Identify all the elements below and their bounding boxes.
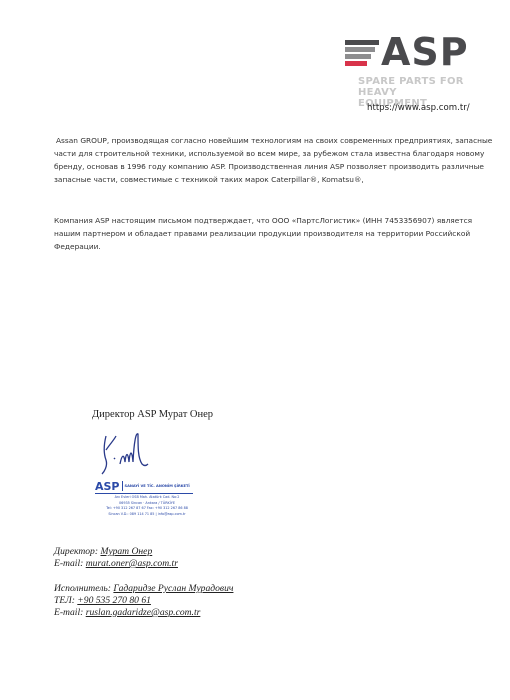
handwritten-signature xyxy=(100,428,190,478)
executor-email-label: E-mail: xyxy=(54,607,83,618)
stamp-logo: ASP xyxy=(95,480,120,493)
signatory-title: Директор ASP Мурат Онер xyxy=(92,409,213,420)
company-logo: ASP xyxy=(345,36,470,72)
website-url[interactable]: https://www.asp.com.tr/ xyxy=(367,103,470,113)
stamp-tax: Sincan V.D.: 089 114 71 85 | info@asp.co… xyxy=(101,512,193,518)
director-contacts: Директор: Мурат Онер E-mail: murat.oner@… xyxy=(54,546,178,570)
executor-label: Исполнитель: xyxy=(54,583,111,594)
executor-email-link[interactable]: ruslan.gadaridze@asp.com.tr xyxy=(86,607,201,618)
executor-contacts: Исполнитель: Гадаридзе Руслан Мурадович … xyxy=(54,583,233,619)
company-stamp: ASP SANAYİ VE TİC. ANONİM ŞİRKETİ Anı Ev… xyxy=(95,480,195,520)
tagline-line-1: SPARE PARTS FOR xyxy=(358,76,468,87)
executor-phone[interactable]: +90 535 270 80 61 xyxy=(77,595,151,606)
logo-stripes-icon xyxy=(345,40,379,70)
logo-text: ASP xyxy=(381,30,469,74)
phone-label: ТЕЛ: xyxy=(54,595,75,606)
paragraph-company-intro: Assan GROUP, производящая согласно новей… xyxy=(54,134,494,186)
stamp-address-1: Anı Evleri OSB Mah. Atatürk Cad. No:2 xyxy=(101,495,193,501)
director-name: Мурат Онер xyxy=(100,546,152,557)
stamp-divider xyxy=(122,481,123,491)
director-email-label: E-mail: xyxy=(54,558,83,569)
director-label: Директор: xyxy=(54,546,98,557)
paragraph-partner-confirmation: Компания ASP настоящим письмом подтвержд… xyxy=(54,214,494,253)
stamp-phone: Tel: +90 312 267 87 67 Fax: +90 312 267 … xyxy=(101,506,193,512)
executor-name: Гадаридзе Руслан Мурадович xyxy=(113,583,233,594)
director-email-link[interactable]: murat.oner@asp.com.tr xyxy=(86,558,178,569)
stamp-rule xyxy=(95,493,193,494)
stamp-company-name: SANAYİ VE TİC. ANONİM ŞİRKETİ xyxy=(125,484,190,488)
